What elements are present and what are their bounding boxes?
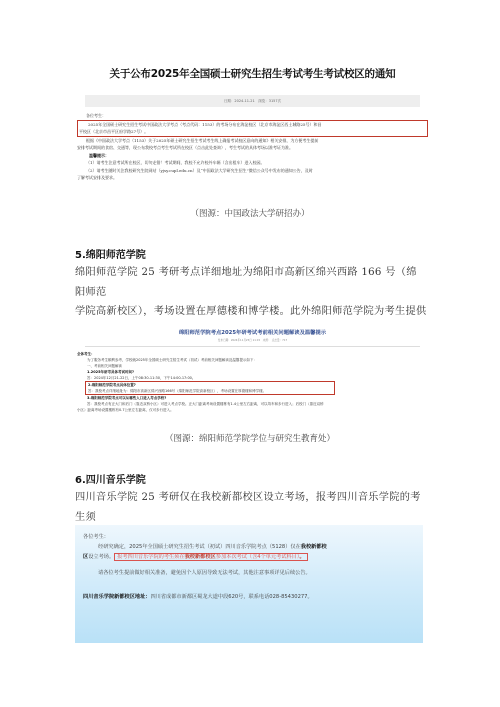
address-label: 四川音乐学院新都校区地址： bbox=[83, 594, 150, 600]
embedded-screenshot-mnu-notice: 绵阳师范学院考点2025年研考试考前相关问题解读及温馨提示 发布日期：2024年… bbox=[75, 322, 430, 430]
text: 设立考场。 bbox=[88, 554, 114, 560]
text: 。 bbox=[299, 554, 304, 560]
bold-text: 我校新都校 bbox=[301, 544, 327, 550]
paragraph-line: 安排考试期间的食宿、交通等，现公布我校考点考生考试所在校区（点击此处查询），考生… bbox=[77, 144, 428, 152]
salutation: 各位考生： bbox=[77, 112, 428, 120]
image-caption: （图源：中国政法大学研招办） bbox=[0, 207, 500, 219]
text: 参加本次考试（含4个单元考试科目） bbox=[216, 554, 300, 560]
bold-text: 我校新都校区 bbox=[185, 554, 216, 560]
text: 经研究确定，2025年全国硕士研究生招生考试（初试）四川音乐学院考点（5128）… bbox=[98, 544, 301, 550]
paragraph: 经研究确定，2025年全国硕士研究生招生考试（初试）四川音乐学院考点（5128）… bbox=[83, 542, 415, 552]
notice-meta: 发布日期：2024年11月25日 11:15 来源： 点击量：717 bbox=[85, 338, 420, 347]
notice-body: 全体考生： 为了服务考生顺利参考，学校就2025年全国硕士研究生招生考试（初试）… bbox=[75, 351, 430, 413]
notice-title: 绵阳师范学院考点2025年研考试考前相关问题解读及温馨提示 bbox=[75, 328, 430, 336]
notice-title: 关于公布2025年全国硕士研究生招生考试考生考试校区的通知 bbox=[75, 66, 430, 81]
boxed-line: 平校区（北京市昌平区府学路27号）。 bbox=[79, 128, 426, 136]
text: 报考四川音乐学院的考生须在 bbox=[117, 554, 184, 560]
address-line: 四川音乐学院新都校区地址：四川省成都市新都区蜀龙大道中段620号，联系电话028… bbox=[83, 592, 415, 602]
answer: 答：我校考点详细地址为：绵阳市高新区绵兴西路166号（绵阳师范学院高新校区），考… bbox=[88, 388, 334, 394]
embedded-screenshot-cupl-notice: 关于公布2025年全国硕士研究生招生考试考生考试校区的通知 日期：2024-11… bbox=[75, 60, 430, 200]
tip: （2）请考生随时关注我校研究生院网站（yjsy.cupl.edu.cn）及“中国… bbox=[77, 167, 428, 175]
notice-meta: 日期：2024-11-21 浏览：3157次 bbox=[85, 95, 420, 107]
notice-body: 各位考生： 2025年全国硕士研究生招生考试中国政法大学考点（考点代码：1153… bbox=[77, 112, 428, 182]
warning-heading: 温馨提示： bbox=[77, 152, 428, 160]
image-caption: （图源：绵阳师范学院学位与研究生教育处） bbox=[0, 432, 500, 444]
paragraph-line: 四川音乐学院 25 考研仅在我校新都校区设立考场，报考四川音乐学院的考生须 bbox=[75, 488, 427, 527]
tip: 了解考试安排及要求。 bbox=[77, 174, 428, 182]
section-heading: 6.四川音乐学院 bbox=[75, 471, 146, 486]
highlight-box: 2.绵阳师范学院考点具体位置? 答：我校考点详细地址为：绵阳市高新区绵兴西路16… bbox=[85, 381, 335, 395]
notice-body: 各位考生： 经研究确定，2025年全国硕士研究生招生考试（初试）四川音乐学院考点… bbox=[75, 525, 423, 602]
boxed-line: 2025年全国硕士研究生招生考试中国政法大学考点（考点代码：1153）的考场分布… bbox=[79, 121, 426, 129]
paragraph-line: 绵阳师范学院 25 考研考点详细地址为绵阳市高新区绵兴西路 166 号（绵阳师范 bbox=[75, 263, 427, 302]
paragraph: 区设立考场。报考四川音乐学院的考生须在我校新都校区参加本次考试（含4个单元考试科… bbox=[83, 552, 415, 562]
highlight-box: 报考四川音乐学院的考生须在我校新都校区参加本次考试（含4个单元考试科目）。 bbox=[114, 553, 308, 561]
address-text: 四川省成都市新都区蜀龙大道中段620号，联系电话028-85430277。 bbox=[150, 594, 312, 600]
paragraph: 请各位考生提前做好相关准备，避免因个人原因导致无法考试，其他注意事项详见后续公告… bbox=[83, 568, 415, 578]
highlight-box: 2025年全国硕士研究生招生考试中国政法大学考点（考点代码：1153）的考场分布… bbox=[77, 120, 428, 137]
embedded-screenshot-sccm-notice: 各位考生： 经研究确定，2025年全国硕士研究生招生考试（初试）四川音乐学院考点… bbox=[75, 525, 423, 643]
paragraph-line: 根据《中国政法大学考点（1153）关于2025年硕士研究生招生考试考生线上确报考… bbox=[77, 137, 428, 145]
section-heading: 5.绵阳师范学院 bbox=[75, 246, 146, 261]
salutation: 各位考生： bbox=[83, 532, 415, 542]
tip: （1）请考生注意考试所在校区，切勿走错！考试期间，我校不允许校外车辆（含出租车）… bbox=[77, 159, 428, 167]
answer: 小区）距离考场设置楼栋有0.7公里左右距离，仅可步行进入。 bbox=[77, 407, 430, 413]
